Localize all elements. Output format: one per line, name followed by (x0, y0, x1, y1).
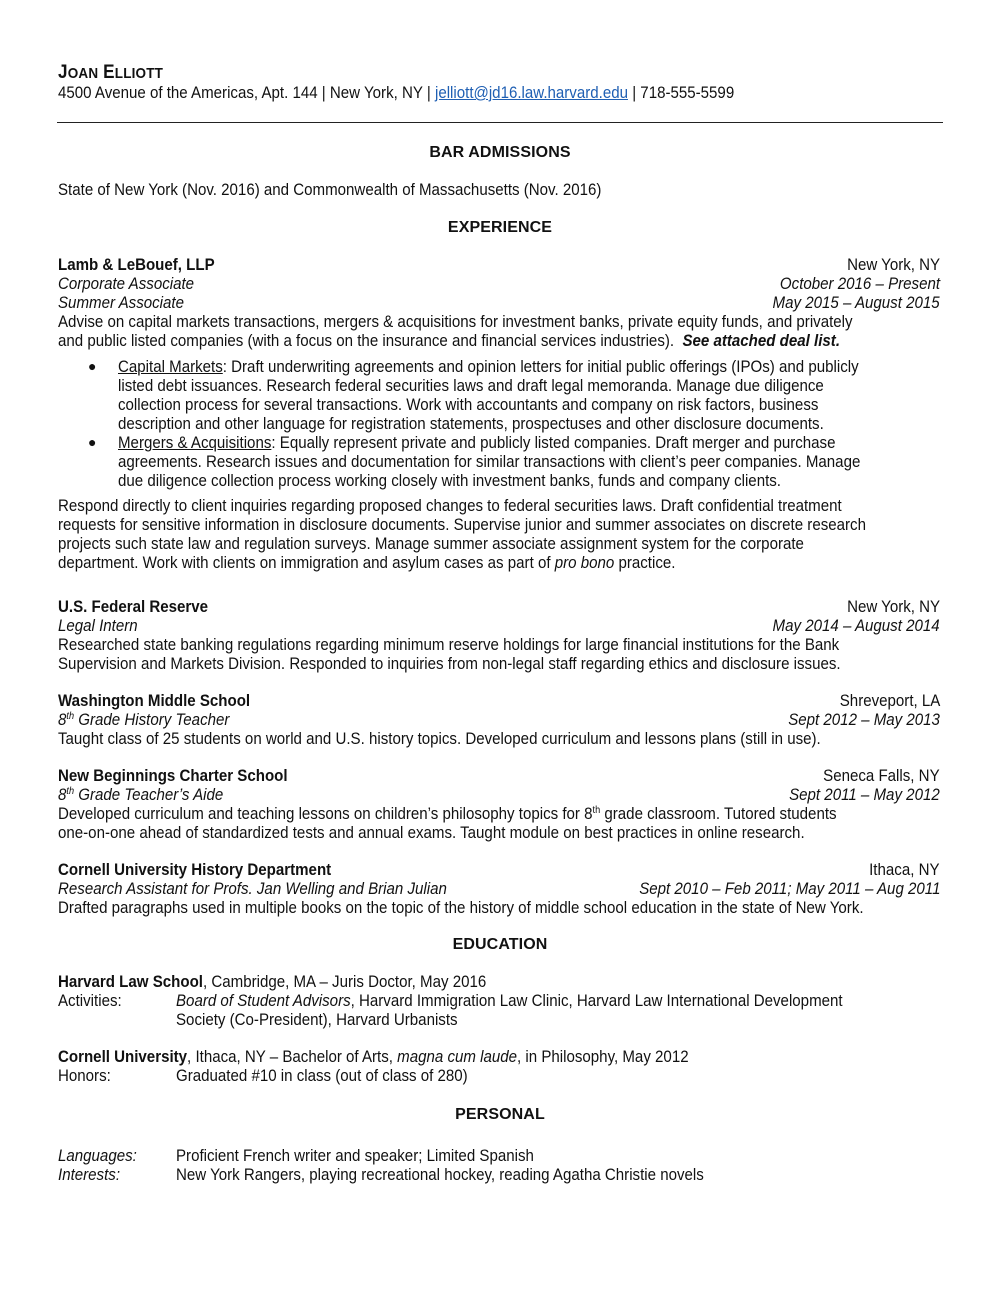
job-summary: Advise on capital markets transactions, … (58, 313, 922, 332)
school-label: Activities: (58, 992, 127, 1011)
job-org: Lamb & LeBouef, LLP (58, 256, 228, 275)
bullet-capital-markets: Capital Markets: Draft underwriting agre… (118, 358, 923, 377)
bullet-text: collection process for several transacti… (118, 396, 879, 415)
bullet-text: description and other language for regis… (118, 415, 885, 434)
school-line: Harvard Law School, Cambridge, MA – Juri… (58, 973, 524, 992)
job-org: U.S. Federal Reserve (58, 598, 221, 617)
deal-list-note: See attached deal list. (682, 332, 840, 350)
job-role: Summer Associate (58, 294, 195, 313)
job-dates: Sept 2011 – May 2012 (776, 786, 940, 805)
job-description: Drafted paragraphs used in multiple book… (58, 899, 934, 918)
job-role: Legal Intern (58, 617, 145, 636)
job-closing: Respond directly to client inquiries reg… (58, 497, 910, 516)
bullet-text: listed debt issuances. Research federal … (118, 377, 885, 396)
candidate-name: JOAN ELLIOTT (58, 62, 175, 84)
job-description: Developed curriculum and teaching lesson… (58, 805, 904, 824)
job-dates: May 2014 – August 2014 (758, 617, 940, 636)
job-org: New Beginnings Charter School (58, 767, 308, 786)
bullet-icon: ● (88, 434, 96, 450)
personal-label: Interests: (58, 1166, 125, 1185)
section-title-bar-admissions: BAR ADMISSIONS (0, 144, 1000, 162)
address: 4500 Avenue of the Americas, Apt. 144 | … (58, 84, 431, 102)
school-line: Cornell University, Ithaca, NY – Bachelo… (58, 1048, 743, 1067)
job-role: 8th Grade Teacher’s Aide (58, 786, 238, 805)
job-dates: May 2015 – August 2015 (758, 294, 940, 313)
bullet-mergers-acquisitions: Mergers & Acquisitions: Equally represen… (118, 434, 898, 453)
section-title-experience: EXPERIENCE (0, 219, 1000, 237)
job-closing: department. Work with clients on immigra… (58, 554, 729, 573)
bullet-text: due diligence collection process working… (118, 472, 839, 491)
job-org: Washington Middle School (58, 692, 267, 711)
job-dates: Sept 2010 – Feb 2011; May 2011 – Aug 201… (613, 880, 940, 899)
job-location: Ithaca, NY (863, 861, 940, 880)
school-honors: Graduated #10 in class (out of class of … (176, 1067, 493, 1086)
job-closing: requests for sensitive information in di… (58, 516, 936, 535)
job-location: New York, NY (839, 256, 940, 275)
resume-page: JOAN ELLIOTT 4500 Avenue of the Americas… (0, 0, 1000, 1294)
bar-admissions-text: State of New York (Nov. 2016) and Common… (58, 181, 649, 200)
personal-languages: Proficient French writer and speaker; Li… (176, 1147, 565, 1166)
school-label: Honors: (58, 1067, 115, 1086)
job-closing: projects such state law and regulation s… (58, 535, 869, 554)
personal-label: Languages: (58, 1147, 144, 1166)
job-summary: and public listed companies (with a focu… (58, 332, 908, 351)
bullet-text: agreements. Research issues and document… (118, 453, 925, 472)
contact-line: 4500 Avenue of the Americas, Apt. 144 | … (58, 84, 793, 103)
job-description: Taught class of 25 students on world and… (58, 730, 887, 749)
job-description: Researched state banking regulations reg… (58, 636, 907, 655)
job-role: Research Assistant for Profs. Jan Wellin… (58, 880, 481, 899)
job-dates: October 2016 – Present (766, 275, 940, 294)
job-role: 8th Grade History Teacher (58, 711, 244, 730)
school-activities: Board of Student Advisors, Harvard Immig… (176, 992, 901, 1011)
section-title-personal: PERSONAL (0, 1106, 1000, 1124)
school-activities: Society (Co-President), Harvard Urbanist… (176, 1011, 482, 1030)
personal-interests: New York Rangers, playing recreational h… (176, 1166, 750, 1185)
job-location: New York, NY (839, 598, 940, 617)
email-link[interactable]: jelliott@jd16.law.harvard.edu (435, 84, 628, 102)
job-location: Shreveport, LA (831, 692, 940, 711)
job-location: Seneca Falls, NY (813, 767, 940, 786)
job-description: one-on-one ahead of standardized tests a… (58, 824, 870, 843)
job-org: Cornell University History Department (58, 861, 355, 880)
bullet-icon: ● (88, 358, 96, 374)
job-role: Corporate Associate (58, 275, 206, 294)
job-description: Supervision and Markets Division. Respon… (58, 655, 909, 674)
section-title-education: EDUCATION (0, 936, 1000, 954)
job-dates: Sept 2012 – May 2013 (775, 711, 940, 730)
phone: | 718-555-5599 (632, 84, 734, 102)
header-divider (57, 122, 943, 123)
